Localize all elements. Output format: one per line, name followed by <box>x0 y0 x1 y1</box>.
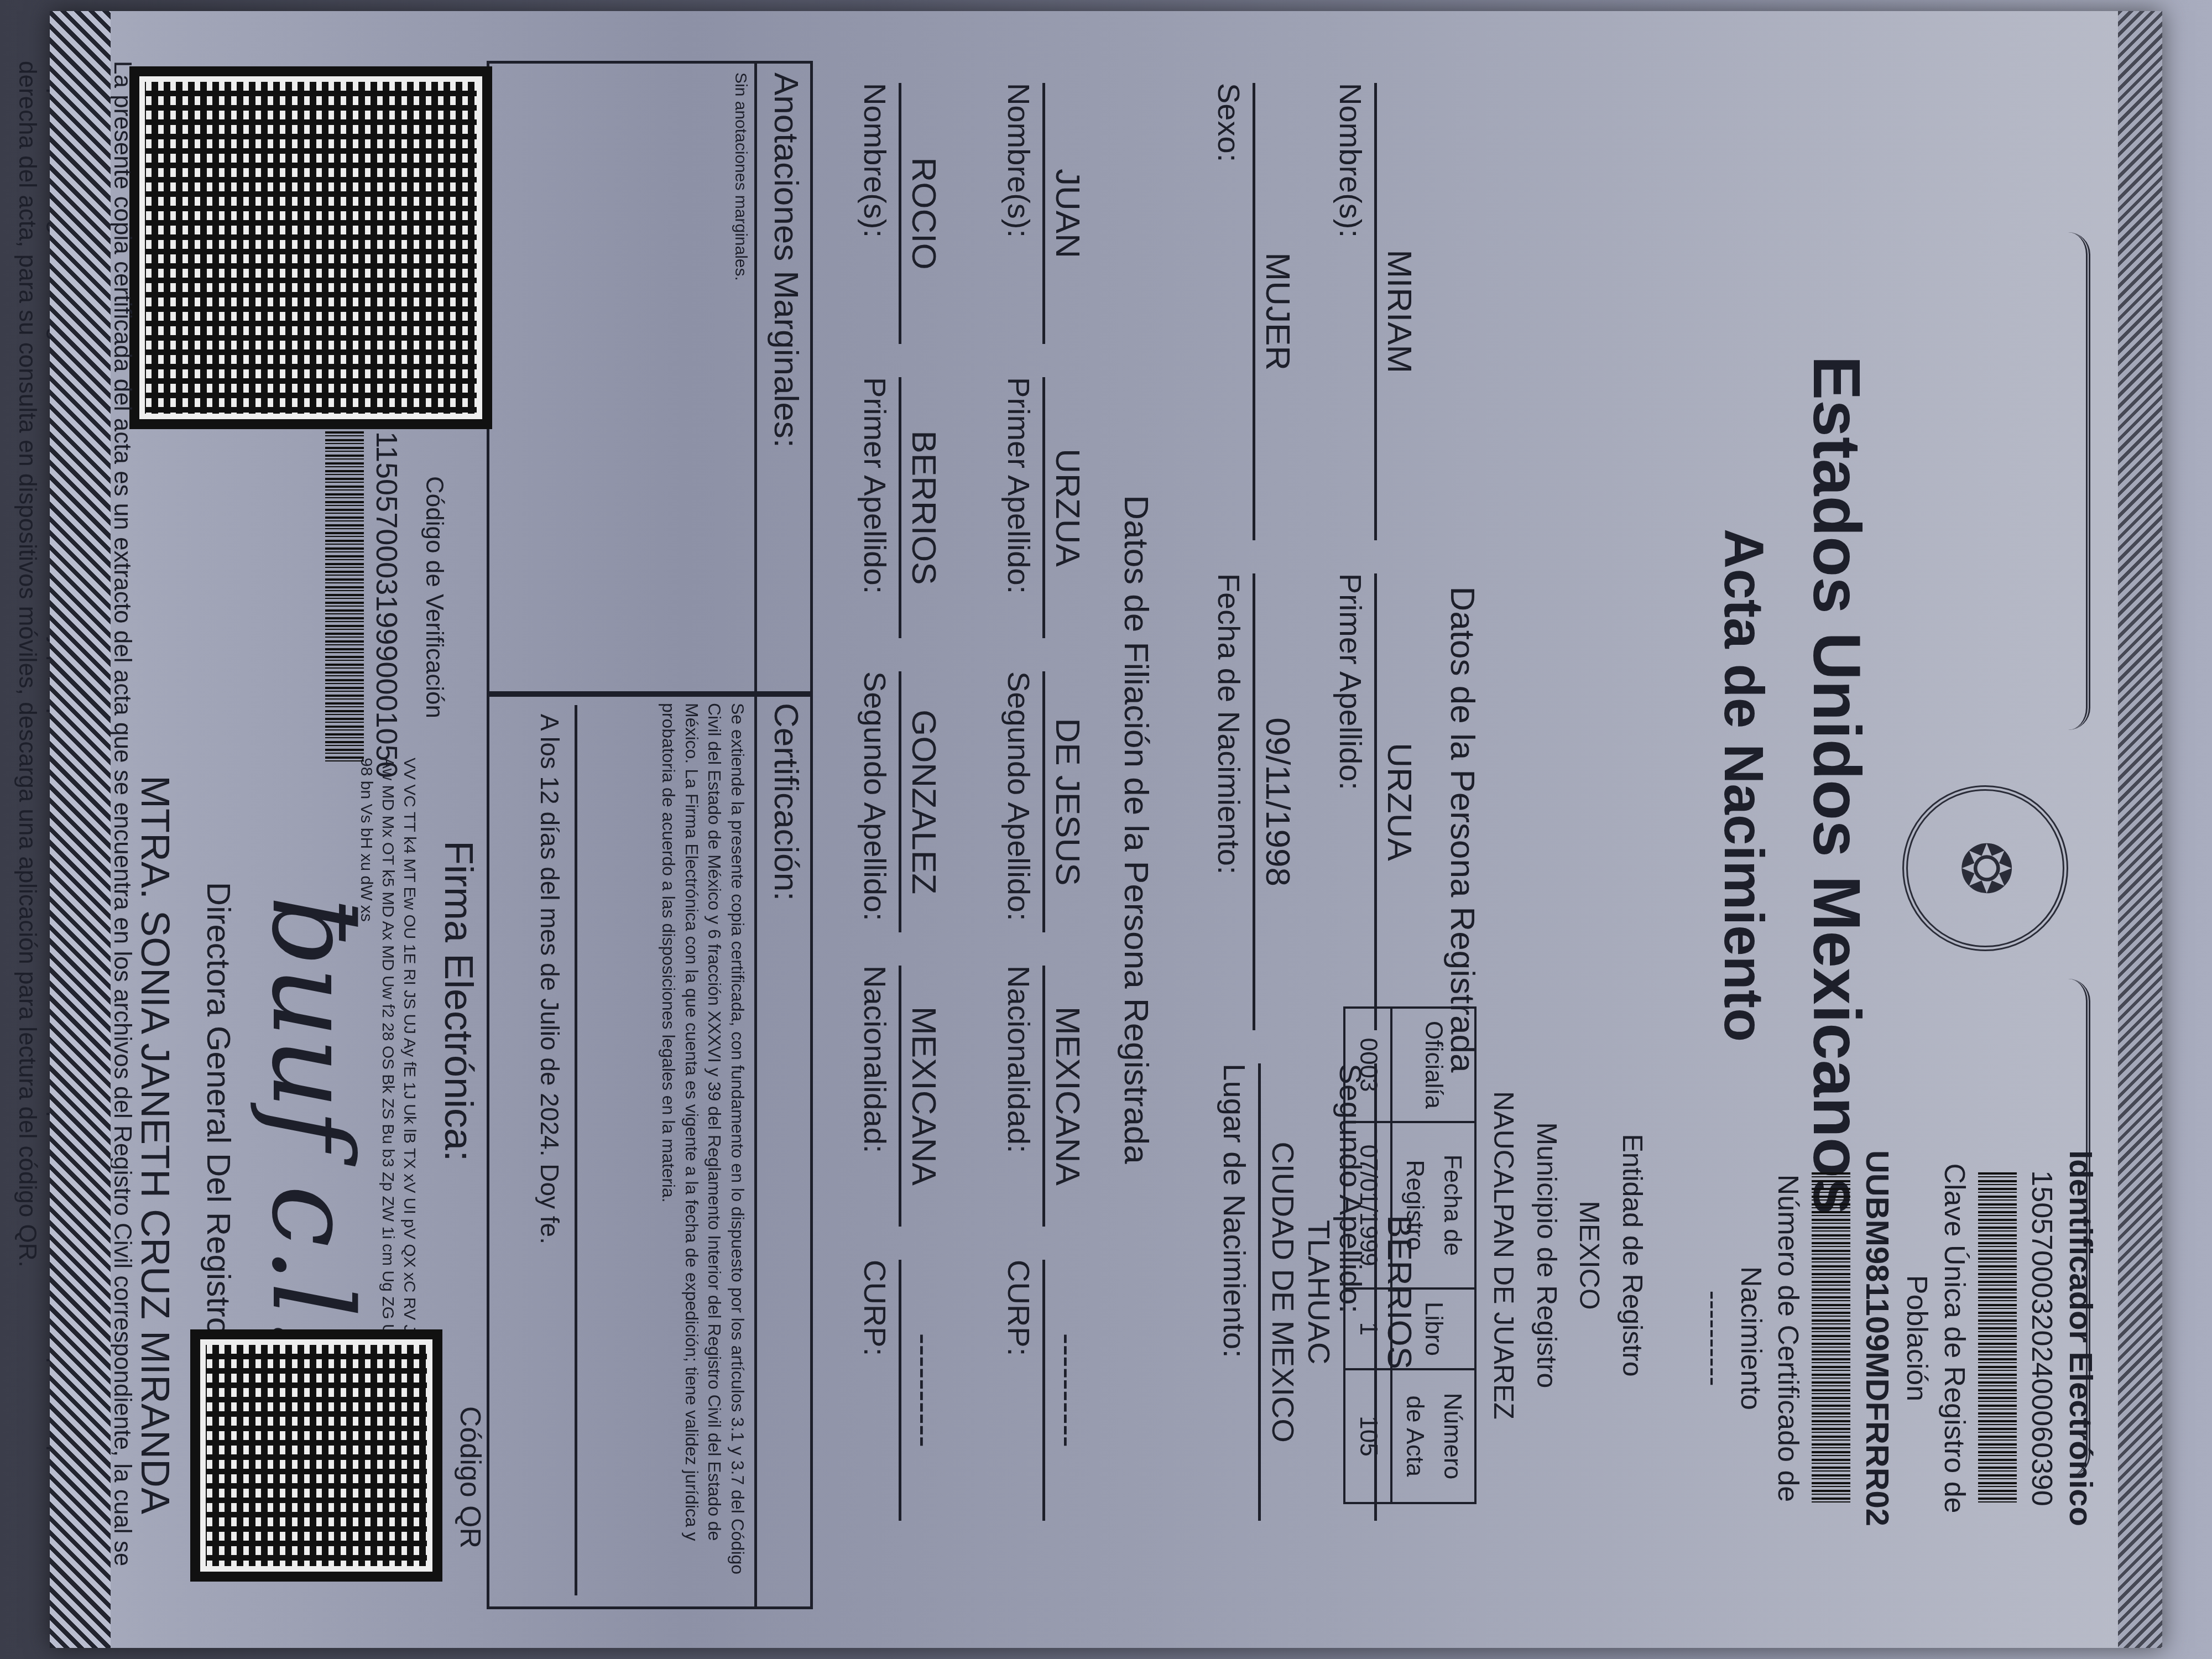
entidad-value: MEXICO <box>1568 1006 1611 1504</box>
certificacion-date: A los 12 días del mes de Julio de 2024. … <box>525 705 577 1595</box>
madre-nombre-field: ROCIO Nombre(s): <box>857 83 946 344</box>
madre-primer-apellido-field: BERRIOS Primer Apellido: <box>857 377 946 638</box>
signature: ƀuuf c.l. <box>247 896 376 1353</box>
birth-certificate-document: ❂ Estados Unidos Mexicanos Acta de Nacim… <box>50 11 2162 1648</box>
persona-birth-row: MUJER Sexo: 09/11/1998 Fecha de Nacimien… <box>1211 83 1300 1521</box>
barcode-icon <box>325 431 364 763</box>
padre-nombre-field: JUAN Nombre(s): <box>1001 83 1089 344</box>
persona-names-row: MIRIAM Nombre(s): URZUA Primer Apellido:… <box>1333 83 1421 1521</box>
verification-label: Código de Verificación <box>420 431 448 763</box>
segundo-apellido-field: BERRIOS Segundo Apellido: <box>1333 1063 1421 1521</box>
verification-block: Código de Verificación 11505700031999000… <box>320 431 448 763</box>
certificacion-text: Se extiende la presente copia certificad… <box>577 694 754 1606</box>
barcode-icon <box>1812 1172 1850 1504</box>
verification-code: 115057000319990001050 <box>369 431 404 763</box>
certificacion-title: Certificación: <box>754 694 810 1606</box>
qr-code-large-icon <box>129 66 492 429</box>
municipio-value: NAUCALPAN DE JUAREZ <box>1482 1006 1525 1504</box>
curp-label: Clave Única de Registro de Población <box>1898 1117 1973 1559</box>
identifiers-block: Identificador Electrónico 15057000320240… <box>1694 1117 2101 1559</box>
firma-title: Firma Electrónica: <box>436 841 481 1161</box>
padre-primer-apellido-field: URZUA Primer Apellido: <box>1001 377 1089 638</box>
anotaciones-title: Anotaciones Marginales: <box>754 64 810 694</box>
certificacion-box: Certificación: Se extiende la presente c… <box>487 691 813 1609</box>
padre-segundo-apellido-field: DE JESUS Segundo Apellido: <box>1001 671 1089 932</box>
director-name: MTRA. SONIA JANETH CRUZ MIRANDA <box>132 758 178 1532</box>
nombre-field: MIRIAM Nombre(s): <box>1333 83 1421 540</box>
certificado-value: ---------- <box>1694 1117 1732 1559</box>
security-border-bottom <box>50 11 111 1648</box>
anotaciones-box: Anotaciones Marginales: Sin anotaciones … <box>487 61 813 697</box>
lugar-nacimiento-field: TLAHUAC CIUDAD DE MEXICO Lugar de Nacimi… <box>1211 1063 1300 1521</box>
anotaciones-text: Sin anotaciones marginales. <box>727 64 754 694</box>
persona-section-title: Datos de la Persona Registrada <box>1443 11 1482 1648</box>
curp-value: UUBM981109MDFRRR02 <box>1856 1117 1897 1559</box>
padre-curp-field: ---------- CURP: <box>1001 1260 1089 1521</box>
qr-label: Código QR <box>453 1406 487 1548</box>
ornament-left <box>1948 232 2090 730</box>
identificador-value: 150570003202400060390 <box>2022 1117 2060 1559</box>
primer-apellido-field: URZUA Primer Apellido: <box>1333 573 1421 1031</box>
madre-segundo-apellido-field: GONZALEZ Segundo Apellido: <box>857 671 946 932</box>
padre-names-row: JUAN Nombre(s): URZUA Primer Apellido: D… <box>1001 83 1089 1521</box>
sexo-field: MUJER Sexo: <box>1211 83 1300 540</box>
security-border-top <box>2118 11 2162 1648</box>
identificador-label: Identificador Electrónico <box>2060 1117 2101 1559</box>
madre-nacionalidad-field: MEXICANA Nacionalidad: <box>857 966 946 1227</box>
filiacion-section-title: Datos de Filiación de la Persona Registr… <box>1117 11 1156 1648</box>
certificado-label: Número de Certificado de Nacimiento <box>1731 1117 1806 1559</box>
madre-curp-field: ---------- CURP: <box>857 1260 946 1521</box>
padre-nacionalidad-field: MEXICANA Nacionalidad: <box>1001 966 1089 1227</box>
entidad-label: Entidad de Registro <box>1611 1006 1654 1504</box>
barcode-icon <box>1978 1172 2017 1504</box>
municipio-label: Municipio de Registro <box>1525 1006 1568 1504</box>
national-emblem-icon: ❂ <box>1902 785 2068 951</box>
fecha-nacimiento-field: 09/11/1998 Fecha de Nacimiento: <box>1211 573 1300 1031</box>
madre-names-row: ROCIO Nombre(s): BERRIOS Primer Apellido… <box>857 83 946 1521</box>
qr-code-small-icon <box>190 1329 442 1582</box>
